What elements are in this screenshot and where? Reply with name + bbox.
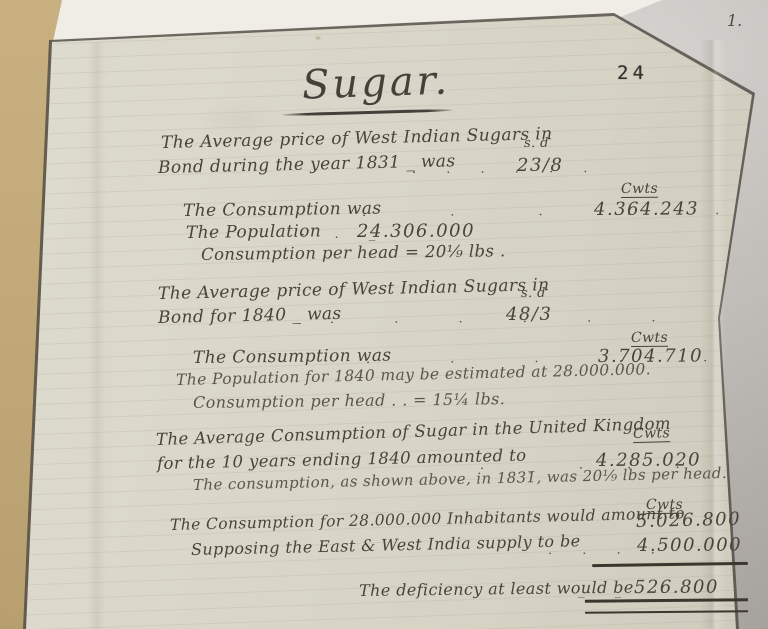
s2-per-head-line: Consumption per head . . = 15¼ lbs. xyxy=(193,389,505,412)
s2-currency-header: s. d xyxy=(521,286,546,301)
stamped-page-number: 24 xyxy=(617,62,648,84)
s4-line2-value: 4.500.000 xyxy=(637,534,742,556)
s2-cwts-header: Cwts xyxy=(631,330,668,347)
s1-population-value: 24.306.000 xyxy=(357,220,475,242)
folio-number: 1. xyxy=(727,11,742,30)
s1-consumption-label: The Consumption was xyxy=(183,199,382,221)
s2-heading-dots: . . . . . . xyxy=(330,310,678,327)
s1-cwts-header: Cwts xyxy=(621,181,658,198)
s1-currency-header: s. d xyxy=(524,136,549,151)
s4-deficiency-dashes: _ _ xyxy=(578,584,628,599)
s1-per-head-line: Consumption per head = 20⅑ lbs . xyxy=(201,241,506,264)
s1-consumption-value: 4.364.243 xyxy=(594,198,699,220)
s3-cwts-header: Cwts xyxy=(633,425,670,443)
s2-heading-line2: Bond for 1840 _ was xyxy=(158,304,342,328)
s2-price-value: 48/3 xyxy=(506,304,553,325)
s1-price-value: 23/8 xyxy=(517,155,564,176)
s1-heading-dots: . . . . . . xyxy=(412,161,595,177)
manuscript-photo: 1. Sugar. 24 The Average price of West I… xyxy=(0,0,768,629)
s4-line1-value: 5.026.800 xyxy=(636,509,742,532)
page-title: Sugar. xyxy=(301,57,451,108)
s4-deficiency-value: 526.800 xyxy=(634,577,719,598)
s2-consumption-label: The Consumption was xyxy=(193,346,392,368)
total-double-rule xyxy=(585,598,748,613)
